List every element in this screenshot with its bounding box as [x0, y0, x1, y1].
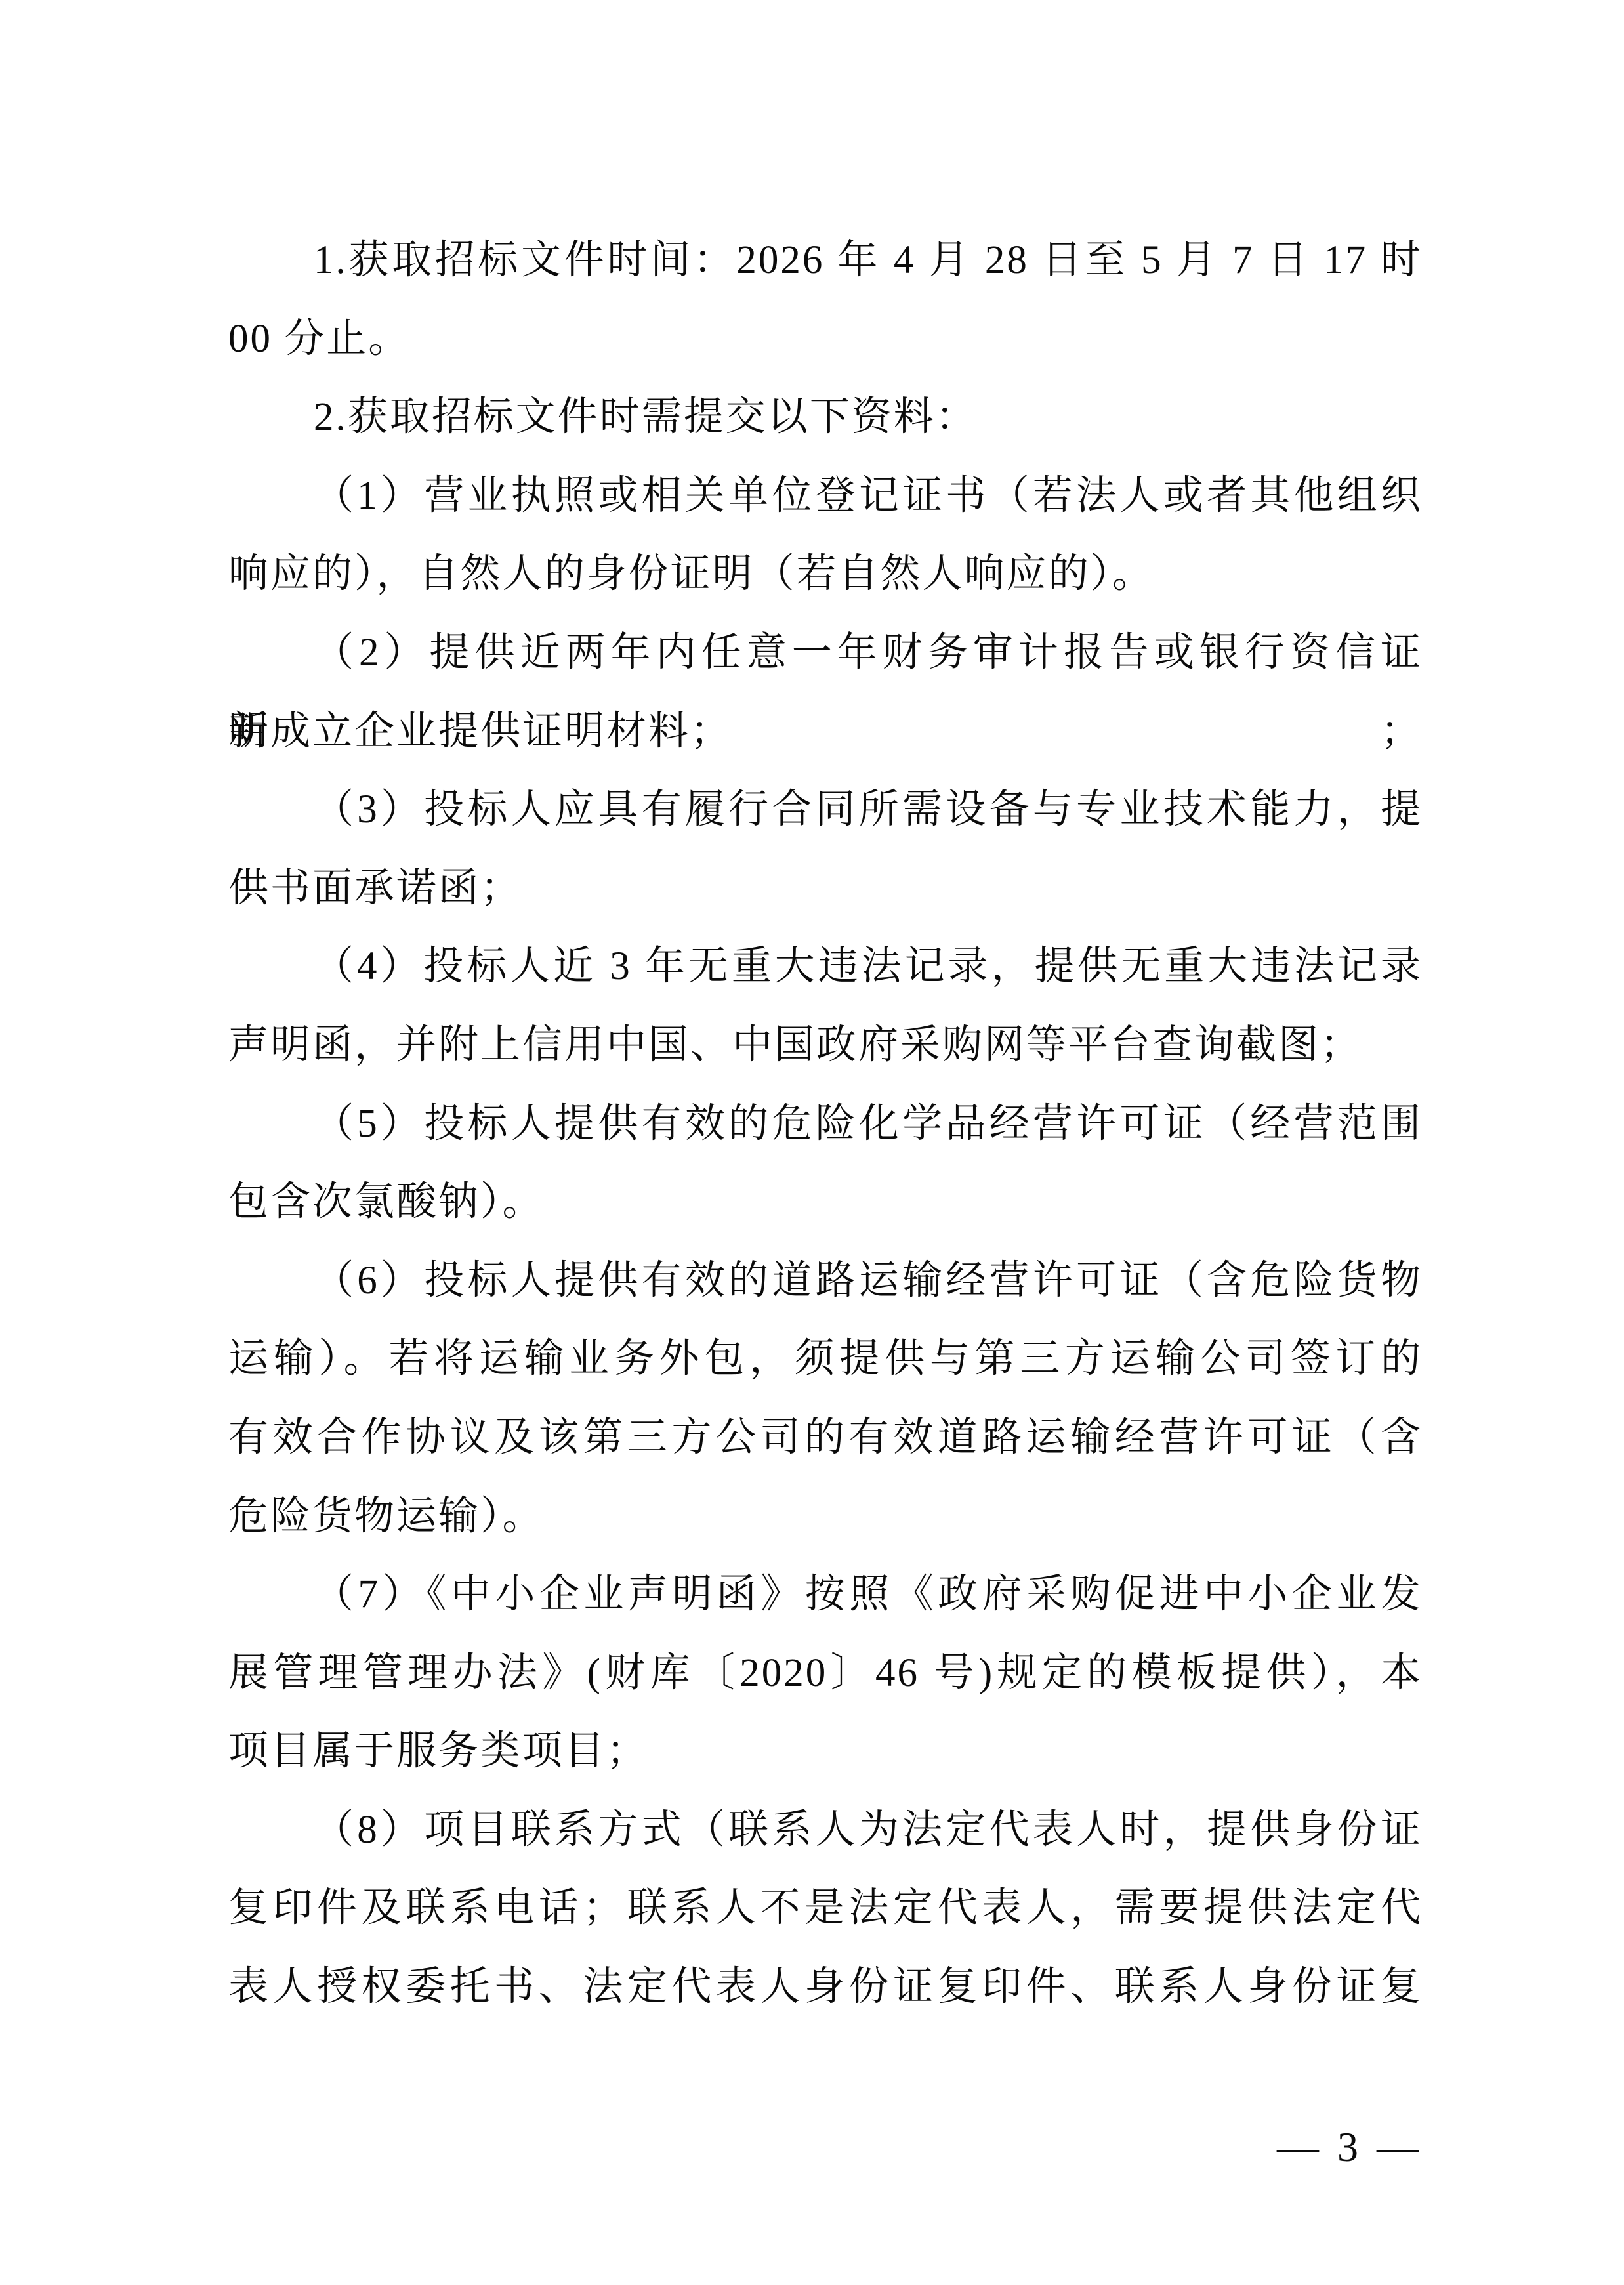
text-line: 2.获取招标文件时需提交以下资料： [228, 378, 1423, 457]
text-line: 1.获取招标文件时间：2026 年 4 月 28 日至 5 月 7 日 17 时 [228, 221, 1423, 300]
text-line: （6）投标人提供有效的道路运输经营许可证（含危险货物 [228, 1242, 1423, 1320]
text-line: （7）《中小企业声明函》按照《政府采购促进中小企业发 [228, 1555, 1423, 1634]
text-line: 有效合作协议及该第三方公司的有效道路运输经营许可证（含 [228, 1398, 1423, 1477]
text-line: 供书面承诺函； [228, 849, 1423, 928]
text-line: 展管理管理办法》(财库〔2020〕46 号)规定的模板提供），本 [228, 1634, 1423, 1713]
text-line: 运输）。若将运输业务外包，须提供与第三方运输公司签订的 [228, 1320, 1423, 1398]
text-line: （3）投标人应具有履行合同所需设备与专业技术能力，提 [228, 770, 1423, 849]
text-line: 项目属于服务类项目； [228, 1712, 1423, 1791]
document-page: 1.获取招标文件时间：2026 年 4 月 28 日至 5 月 7 日 17 时… [0, 0, 1624, 2285]
text-line: 00 分止。 [228, 300, 1423, 379]
text-line: （2）提供近两年内任意一年财务审计报告或银行资信证明； [228, 614, 1423, 692]
text-line: 包含次氯酸钠）。 [228, 1163, 1423, 1242]
text-block: 1.获取招标文件时间：2026 年 4 月 28 日至 5 月 7 日 17 时… [228, 221, 1423, 2026]
text-line: （8）项目联系方式（联系人为法定代表人时，提供身份证 [228, 1791, 1423, 1870]
text-line: 危险货物运输）。 [228, 1477, 1423, 1556]
text-line: 声明函，并附上信用中国、中国政府采购网等平台查询截图； [228, 1006, 1423, 1085]
text-line: （5）投标人提供有效的危险化学品经营许可证（经营范围 [228, 1085, 1423, 1163]
page-number: — 3 — [228, 2117, 1423, 2177]
text-line: 复印件及联系电话；联系人不是法定代表人，需要提供法定代 [228, 1869, 1423, 1948]
text-line: 表人授权委托书、法定代表人身份证复印件、联系人身份证复 [228, 1948, 1423, 2026]
text-line: （1）营业执照或相关单位登记证书（若法人或者其他组织 [228, 457, 1423, 535]
text-line: 响应的），自然人的身份证明（若自然人响应的）。 [228, 535, 1423, 614]
text-line: （4）投标人近 3 年无重大违法记录，提供无重大违法记录 [228, 927, 1423, 1006]
